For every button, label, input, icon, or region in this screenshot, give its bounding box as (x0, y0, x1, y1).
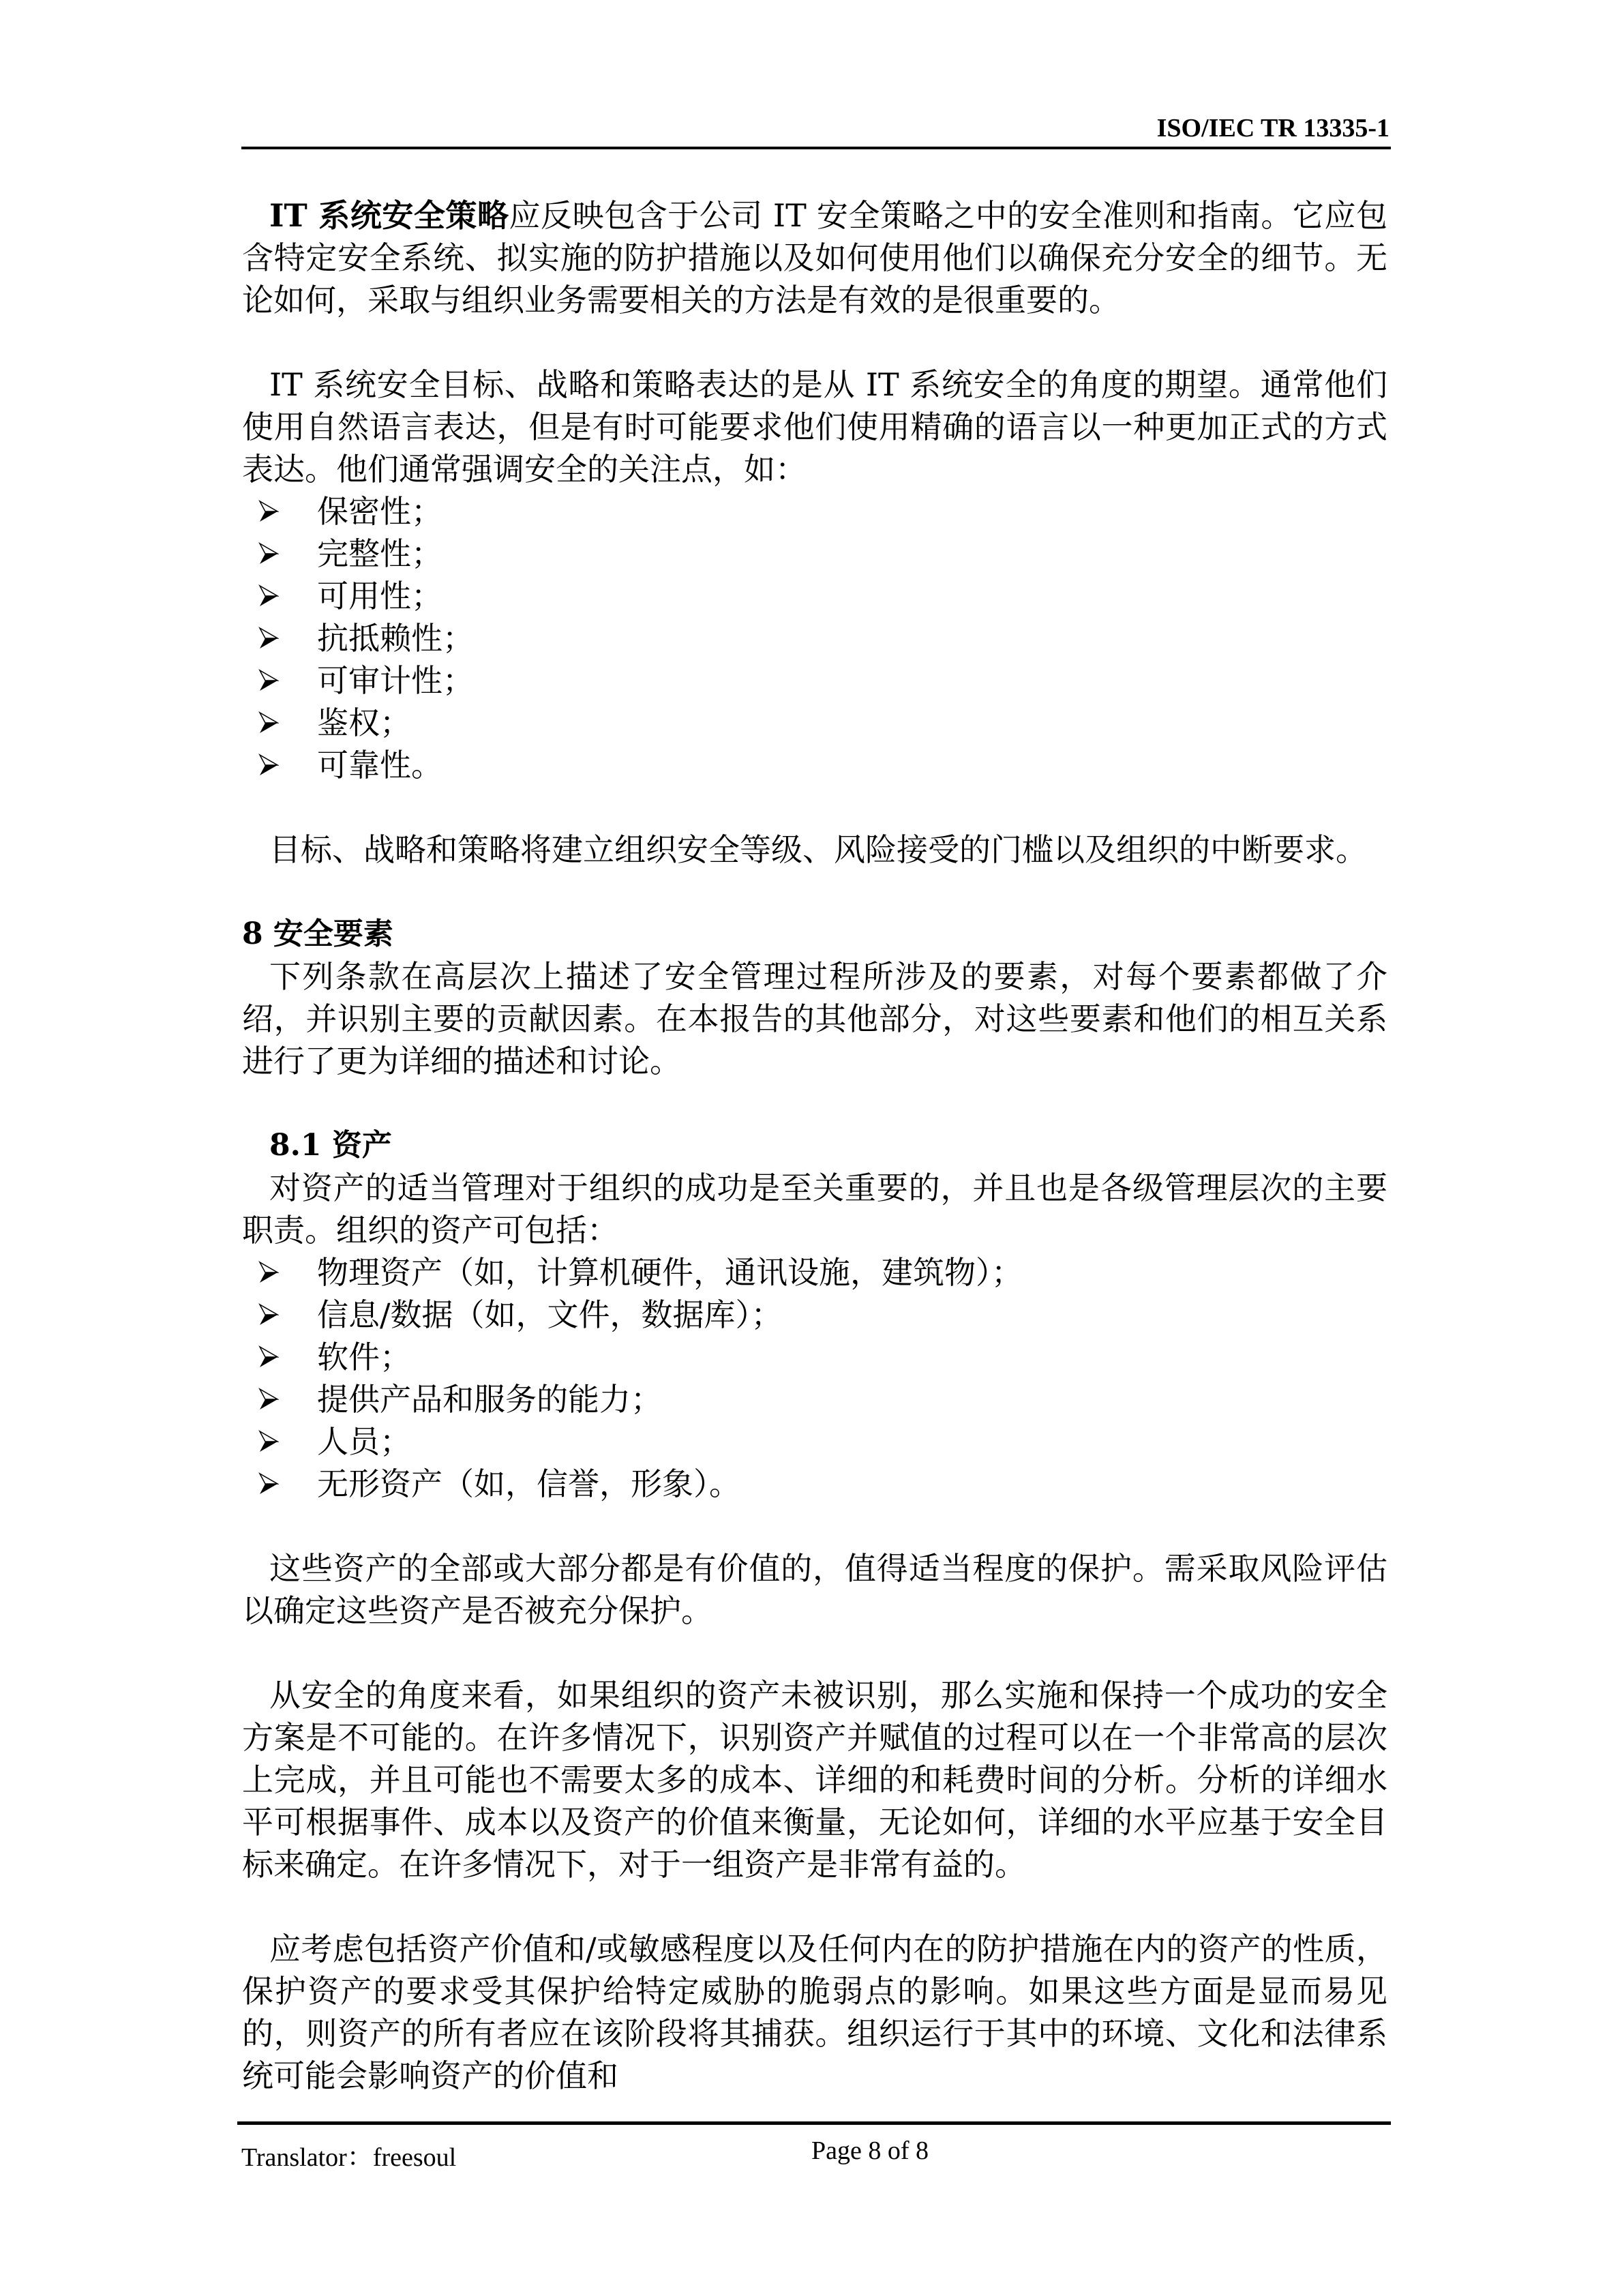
list-item: 可审计性； (242, 659, 1387, 702)
footer-divider (237, 2121, 1391, 2125)
arrowhead-bullet-icon (242, 627, 317, 650)
section-heading-8: 8 安全要素 (242, 913, 1387, 955)
list-item: 物理资产（如，计算机硬件，通讯设施，建筑物）； (242, 1251, 1387, 1294)
asset-types-list: 物理资产（如，计算机硬件，通讯设施，建筑物）； 信息/数据（如，文件，数据库）；… (242, 1251, 1387, 1505)
arrowhead-bullet-icon (242, 1261, 317, 1284)
list-item: 信息/数据（如，文件，数据库）； (242, 1294, 1387, 1336)
arrowhead-bullet-icon (242, 1430, 317, 1453)
section-heading-8-1: 8.1 资产 (242, 1124, 1387, 1167)
arrowhead-bullet-icon (242, 1303, 317, 1326)
paragraph-asset-nature: 应考虑包括资产价值和/或敏感程度以及任何内在的防护措施在内的资产的性质，保护资产… (242, 1928, 1387, 2097)
arrowhead-bullet-icon (242, 669, 317, 692)
list-item: 人员； (242, 1420, 1387, 1463)
list-item: 提供产品和服务的能力； (242, 1378, 1387, 1420)
document-id: ISO/IEC TR 13335-1 (1157, 113, 1390, 143)
page-footer: Translator：freesoul Page 8 of 8 (237, 2119, 1391, 2174)
arrowhead-bullet-icon (242, 542, 317, 565)
arrowhead-bullet-icon (242, 1472, 317, 1495)
list-item: 鉴权； (242, 702, 1387, 744)
arrowhead-bullet-icon (242, 711, 317, 734)
bold-term: IT 系统安全策略 (269, 197, 509, 234)
translator-credit: Translator：freesoul (241, 2136, 456, 2173)
list-item: 软件； (242, 1336, 1387, 1378)
paragraph-goals-thresholds: 目标、战略和策略将建立组织安全等级、风险接受的门槛以及组织的中断要求。 (242, 829, 1387, 871)
list-item: 可用性； (242, 575, 1387, 617)
paragraph-it-security-policy: IT 系统安全策略应反映包含于公司 IT 安全策略之中的安全准则和指南。它应包含… (242, 194, 1387, 321)
list-item: 保密性； (242, 490, 1387, 533)
list-item: 无形资产（如，信誉，形象）。 (242, 1463, 1387, 1505)
document-body: IT 系统安全策略应反映包含于公司 IT 安全策略之中的安全准则和指南。它应包含… (242, 194, 1387, 2097)
arrowhead-bullet-icon (242, 1345, 317, 1369)
paragraph-asset-management: 对资产的适当管理对于组织的成功是至关重要的，并且也是各级管理层次的主要职责。组织… (242, 1167, 1387, 1251)
paragraph-asset-value: 这些资产的全部或大部分都是有价值的，值得适当程度的保护。需采取风险评估以确定这些… (242, 1547, 1387, 1632)
arrowhead-bullet-icon (242, 1388, 317, 1411)
list-item: 完整性； (242, 533, 1387, 575)
page-header: ISO/IEC TR 13335-1 (241, 102, 1391, 150)
arrowhead-bullet-icon (242, 584, 317, 608)
arrowhead-bullet-icon (242, 500, 317, 523)
list-item: 可靠性。 (242, 744, 1387, 786)
page-number: Page 8 of 8 (811, 2136, 929, 2166)
paragraph-objectives: IT 系统安全目标、战略和策略表达的是从 IT 系统安全的角度的期望。通常他们使… (242, 363, 1387, 490)
paragraph-asset-identification: 从安全的角度来看，如果组织的资产未被识别，那么实施和保持一个成功的安全方案是不可… (242, 1674, 1387, 1885)
security-concerns-list: 保密性； 完整性； 可用性； 抗抵赖性； 可审计性； 鉴权； 可靠性。 (242, 490, 1387, 786)
list-item: 抗抵赖性； (242, 617, 1387, 659)
paragraph-security-elements-intro: 下列条款在高层次上描述了安全管理过程所涉及的要素，对每个要素都做了介绍，并识别主… (242, 955, 1387, 1082)
header-divider (241, 147, 1391, 149)
arrowhead-bullet-icon (242, 754, 317, 777)
